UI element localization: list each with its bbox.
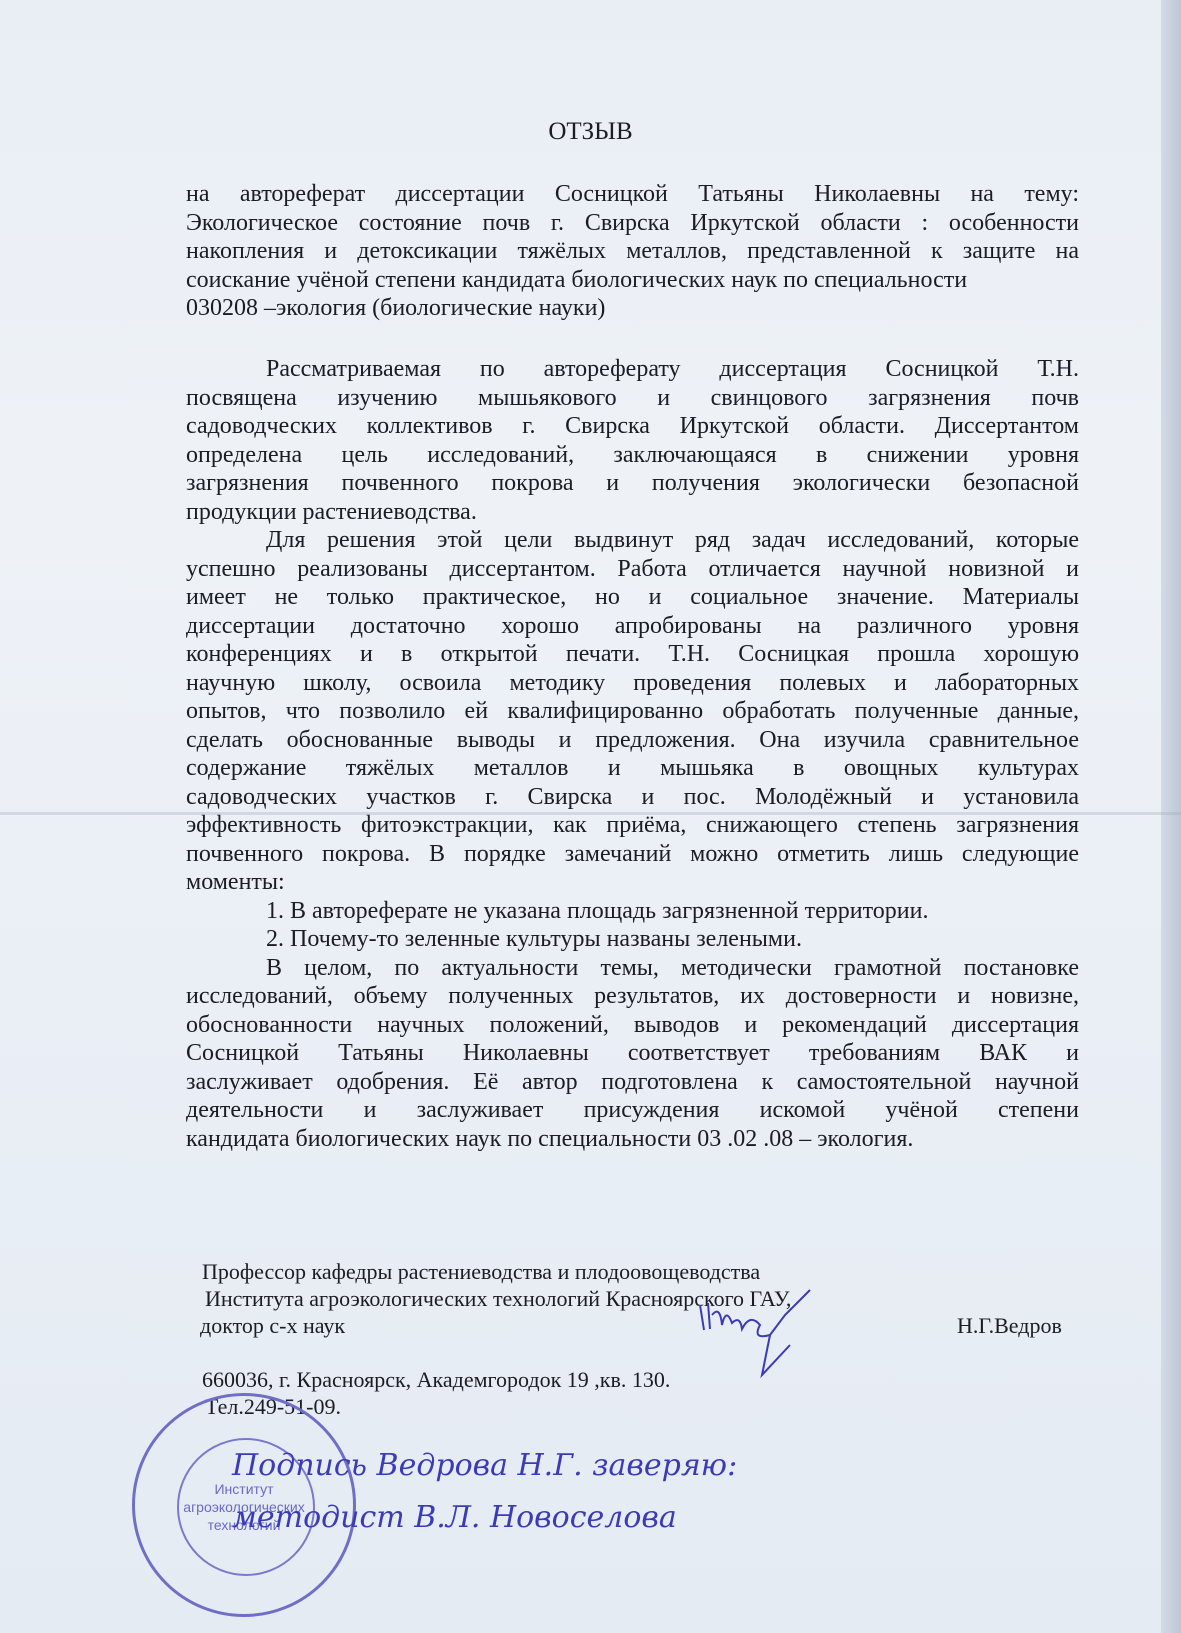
body-line: садоводческих коллективов г. Свирска Ирк…	[186, 412, 1079, 441]
intro-line: 030208 –экология (биологические науки)	[186, 294, 1079, 323]
body-line: загрязнения почвенного покрова и получен…	[186, 469, 1079, 498]
handwritten-certification-line-1: Подпись Ведрова Н.Г. заверяю:	[232, 1448, 737, 1483]
intro-paragraph: на автореферат диссертации Сосницкой Тат…	[186, 180, 1079, 323]
body-line: почвенного покрова. В порядке замечаний …	[186, 840, 1079, 869]
intro-line: Экологическое состояние почв г. Свирска …	[186, 209, 1079, 238]
body-line: садоводческих участков г. Свирска и пос.…	[186, 783, 1079, 812]
body-line: Для решения этой цели выдвинут ряд задач…	[186, 526, 1079, 555]
stamp-center-line: Институт	[135, 1481, 353, 1497]
signature-degree: доктор с-х наук	[200, 1312, 345, 1339]
body-line: моменты:	[186, 868, 1079, 897]
body-line: Сосницкой Татьяны Николаевны соответству…	[186, 1039, 1079, 1068]
page-edge-shadow	[1161, 0, 1181, 1633]
body-line: Рассматриваемая по автореферату диссерта…	[186, 355, 1079, 384]
intro-line: на автореферат диссертации Сосницкой Тат…	[186, 180, 1079, 209]
body-line: сделать обоснованные выводы и предложени…	[186, 726, 1079, 755]
review-body: Рассматриваемая по автореферату диссерта…	[186, 355, 1079, 1153]
body-line: диссертации достаточно хорошо апробирова…	[186, 612, 1079, 641]
body-line: содержание тяжёлых металлов и мышьяка в …	[186, 754, 1079, 783]
body-line: кандидата биологических наук по специаль…	[186, 1125, 1079, 1154]
body-line: исследований, объему полученных результа…	[186, 982, 1079, 1011]
signature-scribble-icon	[690, 1285, 830, 1395]
remark-item: 1. В автореферате не указана площадь заг…	[186, 897, 1079, 926]
signer-address: 660036, г. Красноярск, Академгородок 19 …	[202, 1366, 670, 1393]
body-line: посвящена изучению мышьякового и свинцов…	[186, 384, 1079, 413]
body-line: конференциях и в открытой печати. Т.Н. С…	[186, 640, 1079, 669]
document-title: ОТЗЫВ	[0, 118, 1181, 146]
scanned-document-page: ОТЗЫВ на автореферат диссертации Сосницк…	[0, 0, 1181, 1633]
body-line: имеет не только практическое, но и социа…	[186, 583, 1079, 612]
signer-name: Н.Г.Ведров	[957, 1312, 1062, 1339]
intro-line: соискание учёной степени кандидата биоло…	[186, 266, 1079, 295]
body-line: заслуживает одобрения. Её автор подготов…	[186, 1068, 1079, 1097]
body-line: В целом, по актуальности темы, методичес…	[186, 954, 1079, 983]
handwritten-certification-line-2: методист В.Л. Новоселова	[232, 1500, 677, 1535]
body-line: научную школу, освоила методику проведен…	[186, 669, 1079, 698]
body-line: обоснованности научных положений, выводо…	[186, 1011, 1079, 1040]
intro-line: накопления и детоксикации тяжёлых металл…	[186, 237, 1079, 266]
remark-item: 2. Почему-то зеленные культуры названы з…	[186, 925, 1079, 954]
signature-position-1: Профессор кафедры растениеводства и плод…	[202, 1258, 760, 1285]
body-line: определена цель исследований, заключающа…	[186, 441, 1079, 470]
body-line: опытов, что позволило ей квалифицированн…	[186, 697, 1079, 726]
body-line: успешно реализованы диссертантом. Работа…	[186, 555, 1079, 584]
body-line: деятельности и заслуживает присуждения и…	[186, 1096, 1079, 1125]
body-line: эффективность фитоэкстракции, как приёма…	[186, 811, 1079, 840]
body-line: продукции растениеводства.	[186, 498, 1079, 527]
